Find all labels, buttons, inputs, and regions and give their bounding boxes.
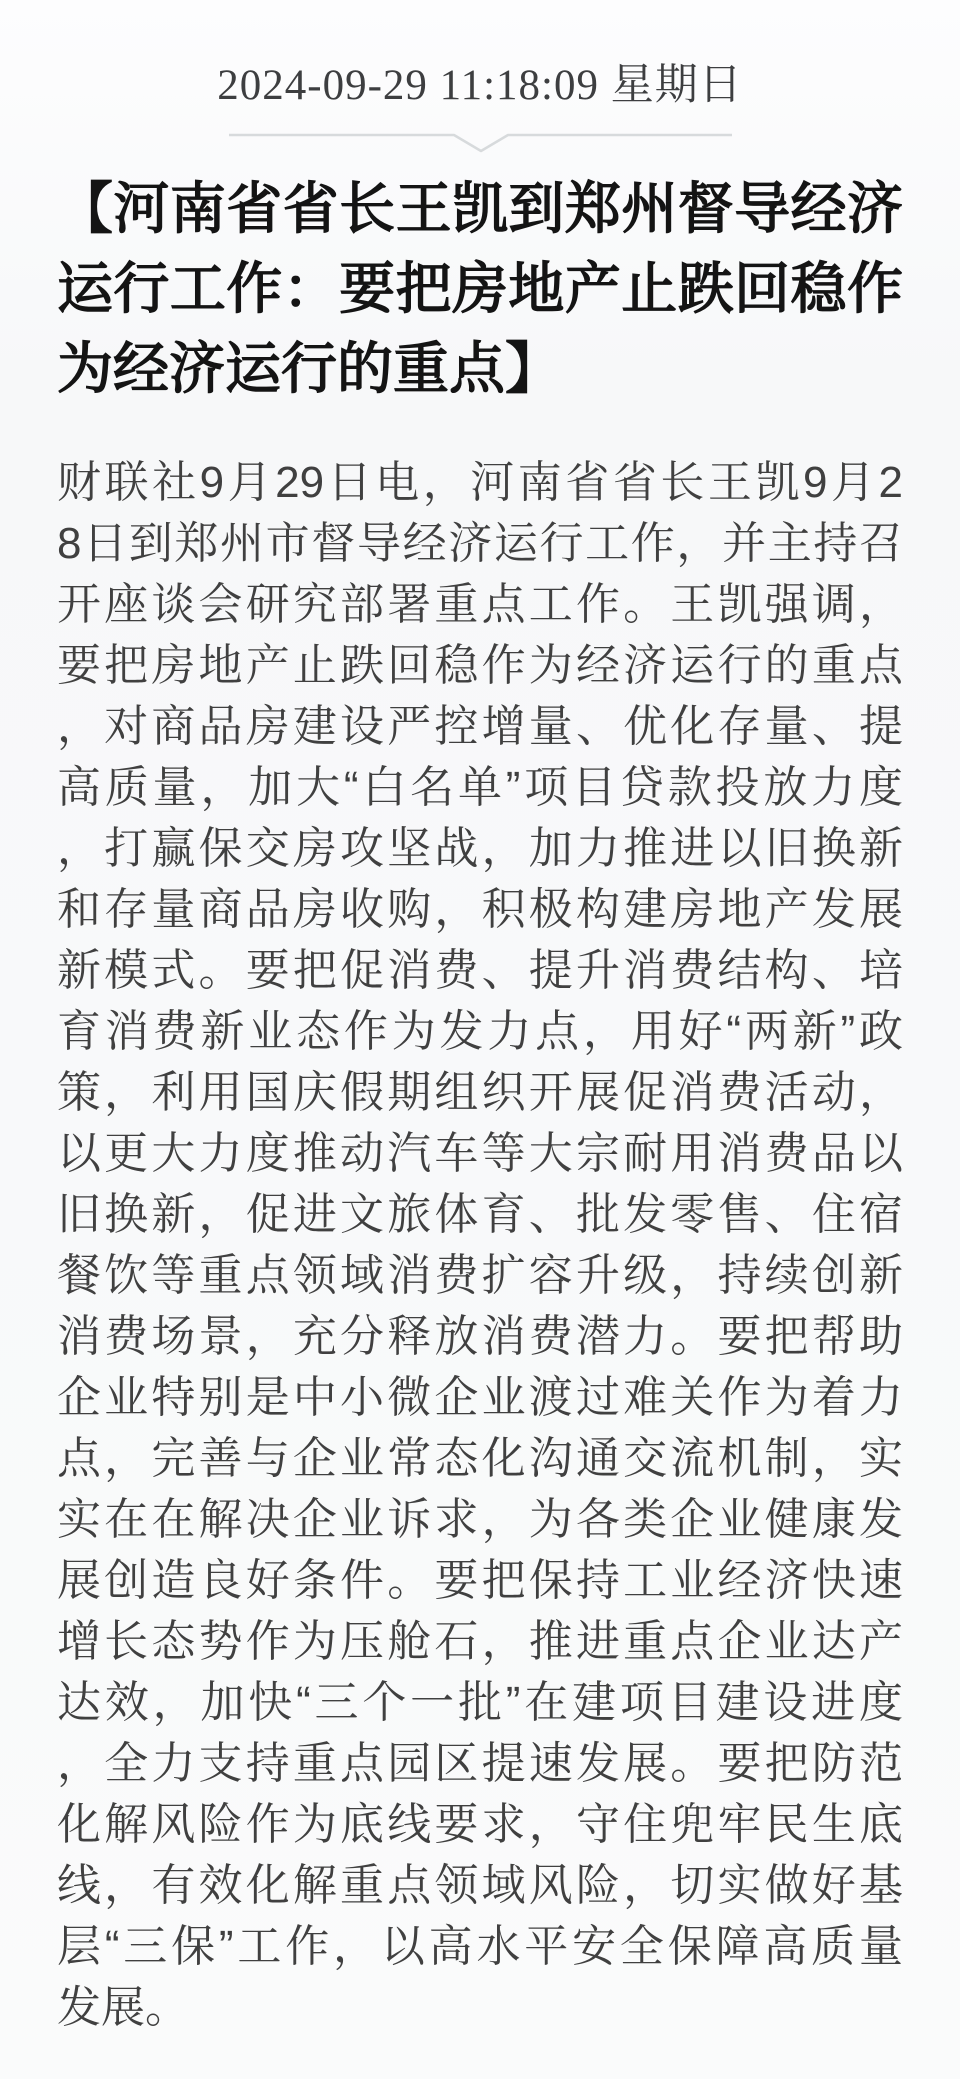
body-line: 点，完善与企业常态化沟通交流机制，实 [57,1428,903,1489]
body-line: 企业特别是中小微企业渡过难关作为着力 [57,1367,903,1428]
body-line: 餐饮等重点领域消费扩容升级，持续创新 [57,1245,903,1306]
body-line: 高质量，加大“白名单”项目贷款投放力度 [57,757,903,818]
body-line: 增长态势作为压舱石，推进重点企业达产 [57,1611,903,1672]
body-line: 旧换新，促进文旅体育、批发零售、住宿 [57,1184,903,1245]
body-line: ，打赢保交房攻坚战，加力推进以旧换新 [57,818,903,879]
body-line: 开座谈会研究部署重点工作。王凯强调， [57,574,903,635]
body-line: 8日到郑州市督导经济运行工作，并主持召 [57,513,903,574]
body-line: 以更大力度推动汽车等大宗耐用消费品以 [57,1123,903,1184]
article-body: 财联社9月29日电，河南省省长王凯9月28日到郑州市督导经济运行工作，并主持召开… [57,452,903,2038]
headline-line: 运行工作：要把房地产止跌回稳作 [57,250,903,330]
body-line: 要把房地产止跌回稳作为经济运行的重点 [57,635,903,696]
body-line: ，全力支持重点园区提速发展。要把防范 [57,1733,903,1794]
body-line: 消费场景，充分释放消费潜力。要把帮助 [57,1306,903,1367]
body-line: 线，有效化解重点领域风险，切实做好基 [57,1855,903,1916]
body-line: 展创造良好条件。要把保持工业经济快速 [57,1550,903,1611]
article-page: 2024-09-29 11:18:09 星期日 【河南省省长王凯到郑州督导经济运… [0,0,960,2079]
headline-line: 【河南省省长王凯到郑州督导经济 [57,170,903,250]
body-line: 化解风险作为底线要求，守住兜牢民生底 [57,1794,903,1855]
body-line: 新模式。要把促消费、提升消费结构、培 [57,940,903,1001]
body-line: 达效，加快“三个一批”在建项目建设进度 [57,1672,903,1733]
headline: 【河南省省长王凯到郑州督导经济运行工作：要把房地产止跌回稳作为经济运行的重点】 [57,170,903,410]
divider-line [229,135,732,151]
body-line: 育消费新业态作为发力点，用好“两新”政 [57,1001,903,1062]
body-line: 和存量商品房收购，积极构建房地产发展 [57,879,903,940]
body-line: 财联社9月29日电，河南省省长王凯9月2 [57,452,903,513]
body-line: ，对商品房建设严控增量、优化存量、提 [57,696,903,757]
body-line: 发展。 [57,1977,903,2038]
body-line: 实在在解决企业诉求，为各类企业健康发 [57,1489,903,1550]
timestamp: 2024-09-29 11:18:09 星期日 [57,58,903,114]
body-line: 策，利用国庆假期组织开展促消费活动， [57,1062,903,1123]
body-line: 层“三保”工作，以高水平安全保障高质量 [57,1916,903,1977]
divider-with-down-chevron [228,132,733,156]
headline-line: 为经济运行的重点】 [57,330,903,410]
